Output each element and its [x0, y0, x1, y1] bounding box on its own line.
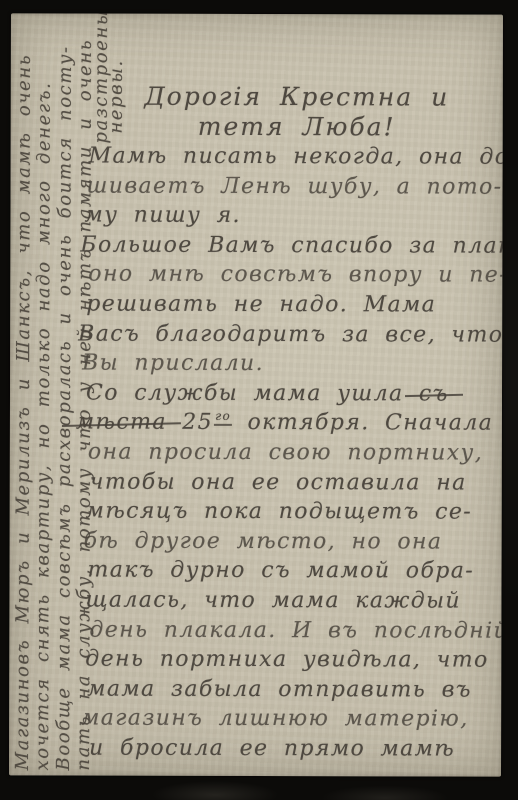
letter-line: шиваетъ Ленѣ шубу, а пото- [87, 171, 503, 202]
heading-line: тетя Люба! [129, 107, 465, 137]
letter-line: Вы прислали. [82, 349, 503, 380]
letter-body: Мамѣ писать некогда, она до-шиваетъ Ленѣ… [85, 142, 503, 765]
margin-note-line: пать на службу, потому что у ней нѣтъ па… [73, 39, 96, 771]
letter-line: му пишу я. [84, 201, 503, 232]
letter-line: такъ дурно съ мамой обра- [88, 556, 503, 587]
letter-line: Большое Вамъ спасибо за платье [80, 230, 503, 261]
letter-line: магазинъ лишнюю матерію, [81, 704, 503, 735]
letter-page: Дорогія Крестна и тетя Люба! Мамѣ писать… [9, 13, 503, 776]
letter-line: мѣсяцъ пока подыщетъ се- [86, 497, 503, 528]
letter-line: Васъ благодаритъ за все, что [78, 319, 503, 350]
letter-line: щалась, что мама каждый [85, 585, 503, 616]
letter-line: день плакала. И въ послѣдній [89, 615, 503, 646]
letter-line: она просила свою портниху, [88, 437, 503, 468]
letter-line: чтобы она ее оставила на [90, 467, 503, 498]
scanner-background: Дорогія Крестна и тетя Люба! Мамѣ писать… [0, 0, 518, 800]
margin-note-line: нервы. [106, 59, 127, 134]
letter-line: Мамѣ писать некогда, она до- [89, 142, 503, 173]
heading-line: Дорогія Крестна и [129, 78, 465, 108]
letter-line: и бросила ее прямо мамѣ [89, 733, 503, 764]
letter-line: решивать не надо. Мама [86, 290, 503, 321]
letter-line: мама забыла отправить въ [87, 674, 503, 705]
letter-heading: Дорогія Крестна и тетя Люба! [129, 78, 465, 138]
letter-line: мѣста 25го октября. Сначала [76, 408, 503, 439]
ordinal-superscript: го [214, 409, 232, 426]
letter-line: Со службы мама ушла съ [86, 378, 503, 409]
margin-note-line: хочется снять квартиру, но только надо м… [32, 81, 55, 770]
letter-line: бѣ другое мѣсто, но она [84, 526, 503, 557]
letter-line: день портниха увидѣла, что [85, 645, 503, 676]
struck-out-word: съ [419, 381, 449, 406]
margin-notes: Магазиновъ Мюръ и Мерилизъ и Шанксъ, что… [11, 13, 503, 14]
letter-line: оно мнѣ совсѣмъ впору и пе- [88, 260, 503, 291]
